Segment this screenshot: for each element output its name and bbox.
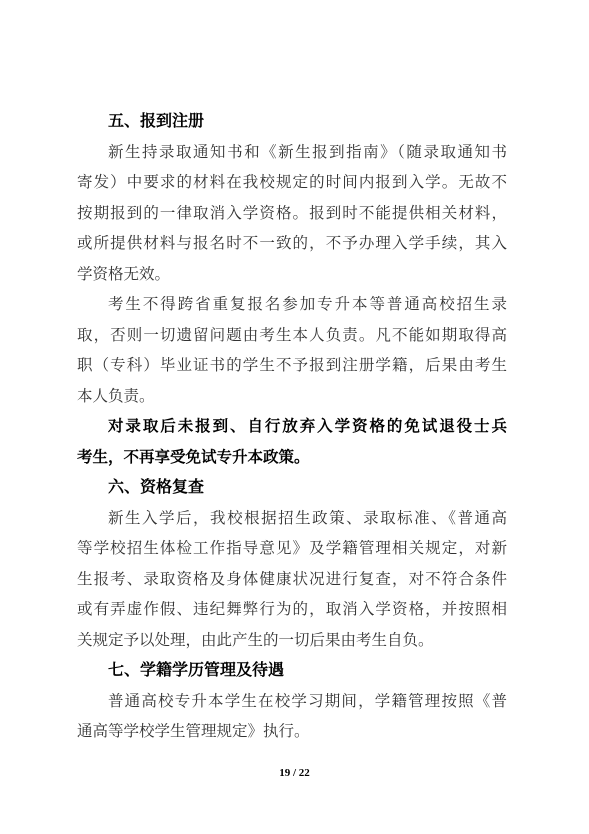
paragraph-line: 关规定予以处理，由此产生的一切后果由考生自负。 xyxy=(77,625,507,656)
paragraph-line: 新生持录取通知书和《新生报到指南》（随录取通知书 xyxy=(77,137,507,168)
section-heading: 七、学籍学历管理及待遇 xyxy=(77,655,507,686)
section-heading: 六、资格复查 xyxy=(77,472,507,503)
paragraph-line: 学资格无效。 xyxy=(77,259,507,290)
page-number: 19 / 22 xyxy=(0,767,589,779)
paragraph-line: 职（专科）毕业证书的学生不予报到注册学籍，后果由考生 xyxy=(77,350,507,381)
paragraph-line: 按期报到的一律取消入学资格。报到时不能提供相关材料， xyxy=(77,198,507,229)
bold-paragraph-line: 考生，不再享受免试专升本政策。 xyxy=(77,442,507,473)
paragraph-line: 本人负责。 xyxy=(77,381,507,412)
document-page: 五、报到注册 新生持录取通知书和《新生报到指南》（随录取通知书 寄发）中要求的材… xyxy=(0,0,589,834)
paragraph-line: 或所提供材料与报名时不一致的，不予办理入学手续，其入 xyxy=(77,228,507,259)
paragraph-line: 等学校招生体检工作指导意见》及学籍管理相关规定，对新 xyxy=(77,533,507,564)
paragraph-line: 生报考、录取资格及身体健康状况进行复查，对不符合条件 xyxy=(77,564,507,595)
paragraph-line: 通高等学校学生管理规定》执行。 xyxy=(77,716,507,747)
section-heading: 五、报到注册 xyxy=(77,106,507,137)
bold-paragraph-line: 对录取后未报到、自行放弃入学资格的免试退役士兵 xyxy=(77,411,507,442)
paragraph-line: 或有弄虚作假、违纪舞弊行为的，取消入学资格，并按照相 xyxy=(77,594,507,625)
paragraph-line: 寄发）中要求的材料在我校规定的时间内报到入学。无故不 xyxy=(77,167,507,198)
paragraph-line: 普通高校专升本学生在校学习期间，学籍管理按照《普 xyxy=(77,686,507,717)
paragraph-line: 取，否则一切遗留问题由考生本人负责。凡不能如期取得高 xyxy=(77,320,507,351)
paragraph-line: 新生入学后，我校根据招生政策、录取标准、《普通高 xyxy=(77,503,507,534)
paragraph-line: 考生不得跨省重复报名参加专升本等普通高校招生录 xyxy=(77,289,507,320)
page-content: 五、报到注册 新生持录取通知书和《新生报到指南》（随录取通知书 寄发）中要求的材… xyxy=(77,106,507,747)
